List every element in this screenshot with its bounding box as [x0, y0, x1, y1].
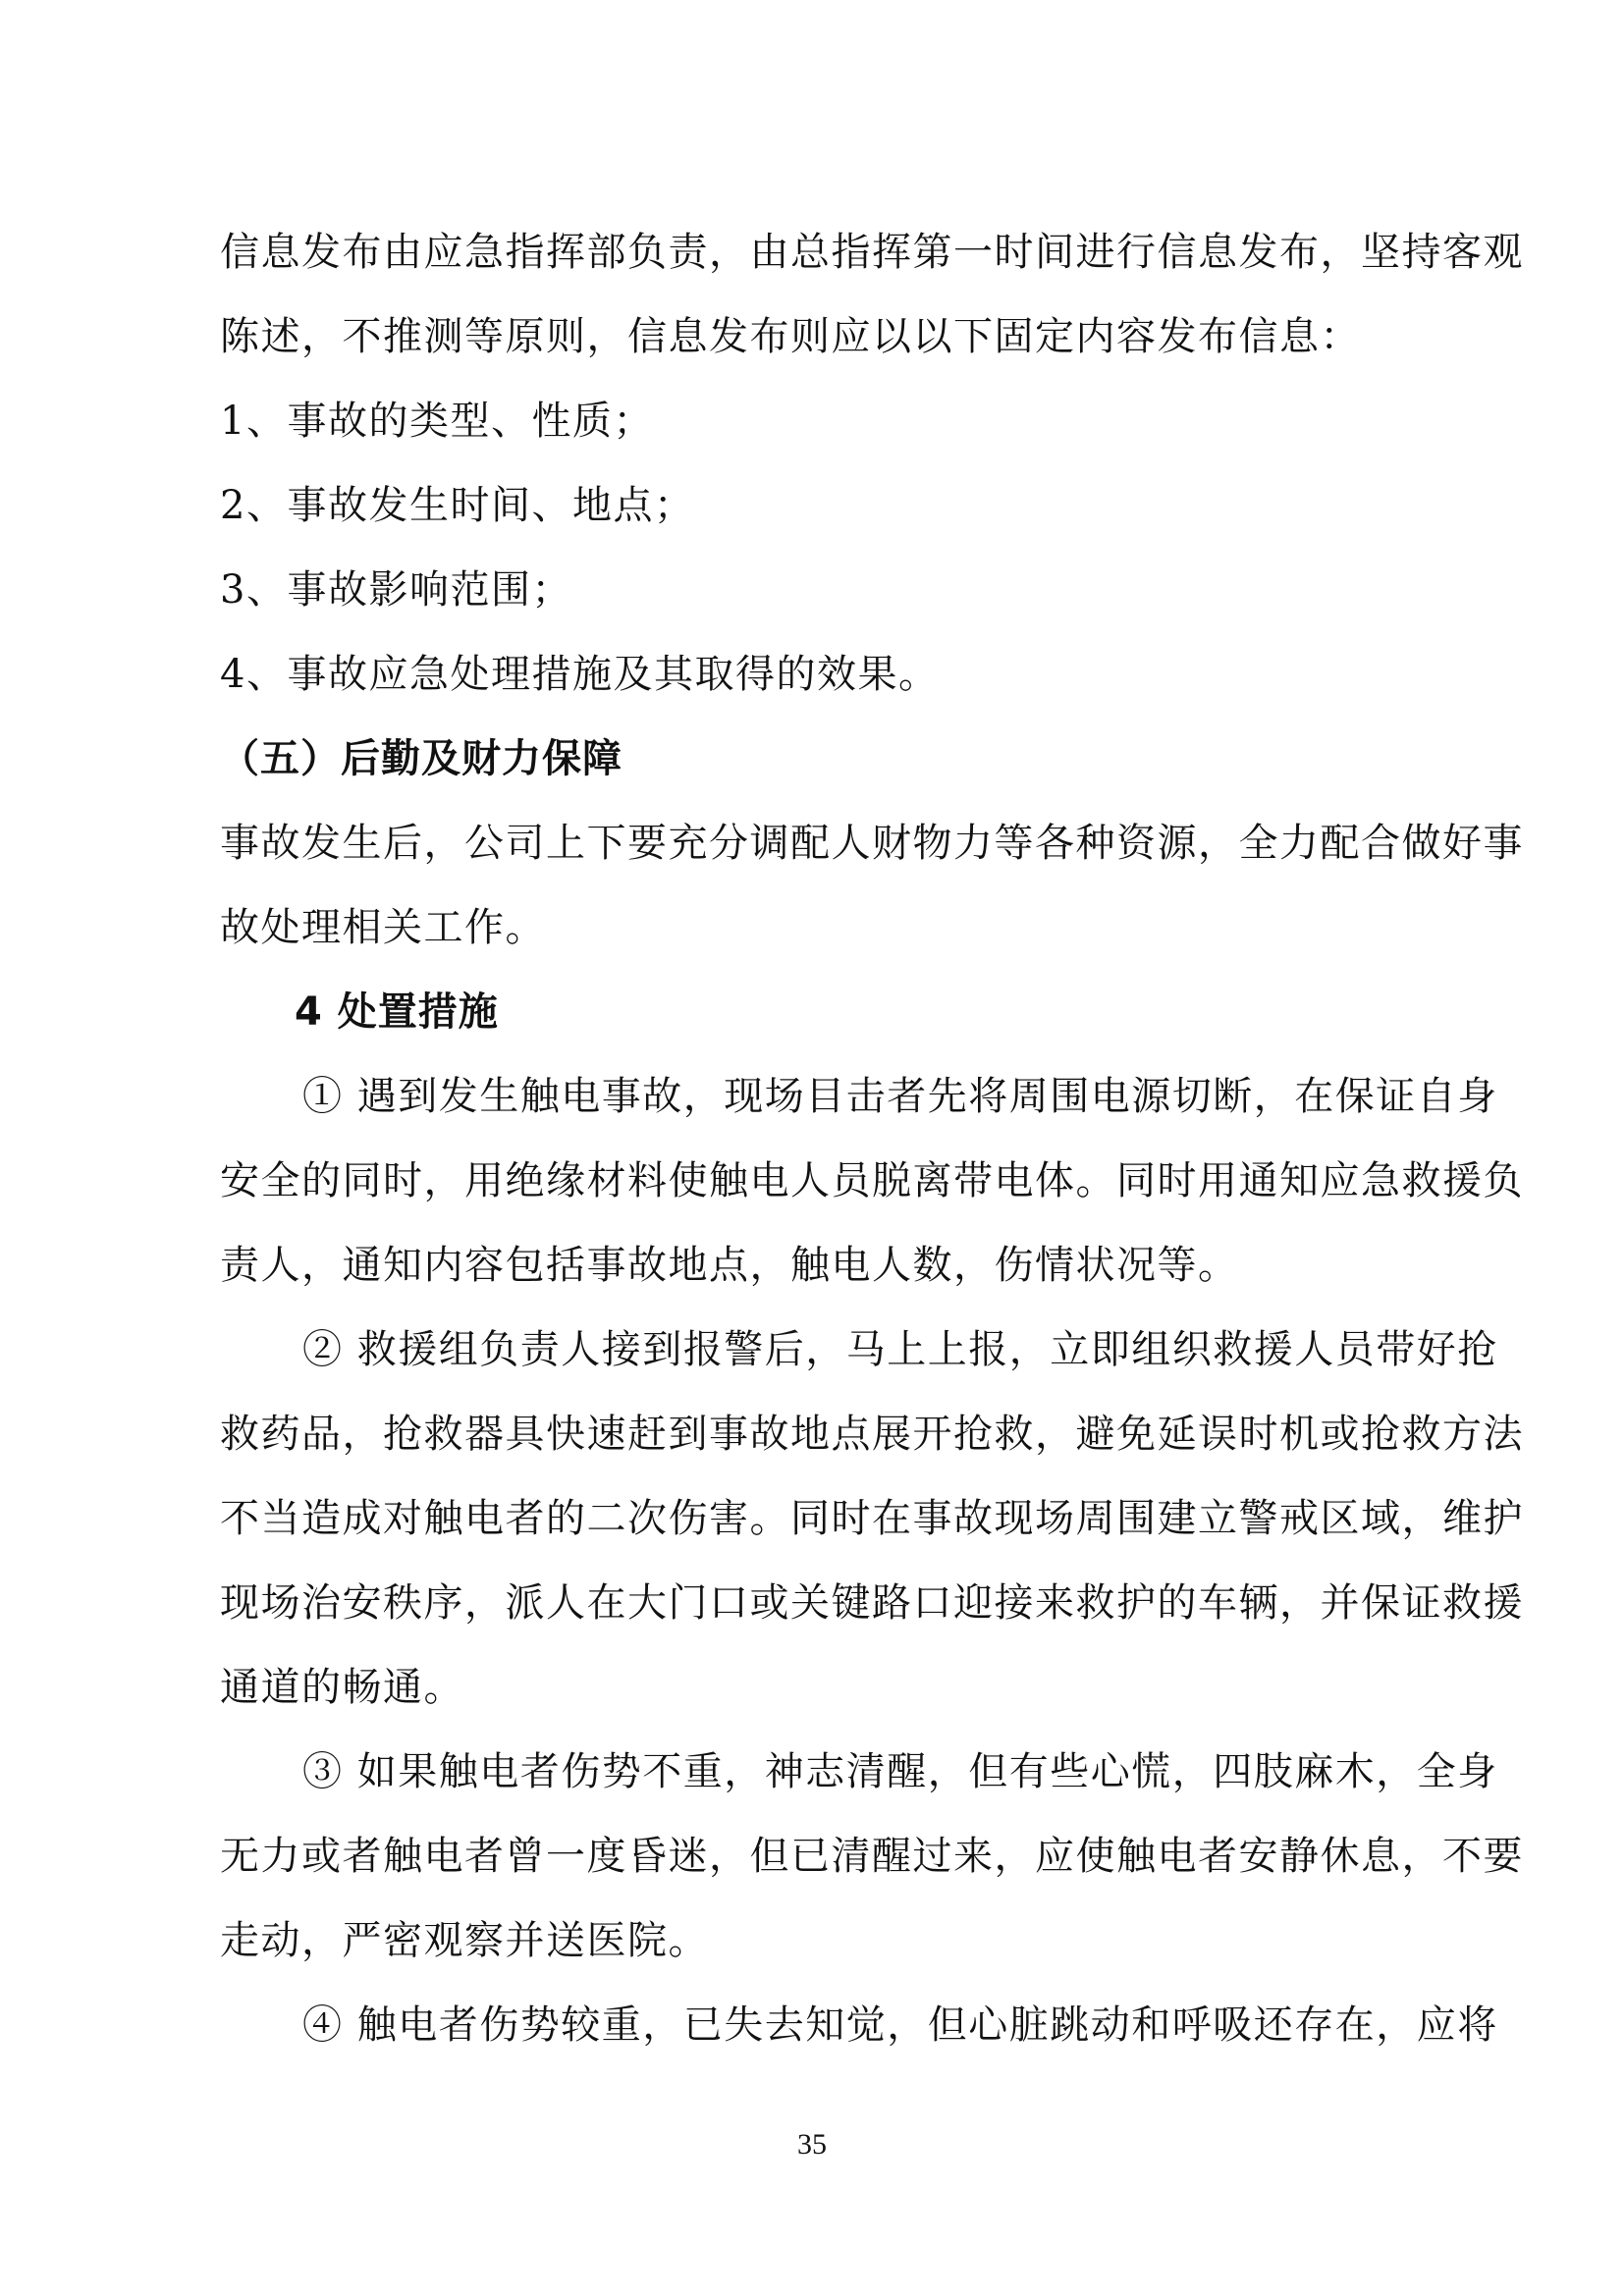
text-line: ④ 触电者伤势较重，已失去知觉，但心脏跳动和呼吸还存在，应将: [220, 1983, 1422, 2067]
text-line: ① 遇到发生触电事故，现场目击者先将周围电源切断，在保证自身: [220, 1054, 1422, 1139]
text-line: ② 救援组负责人接到报警后，马上上报，立即组织救援人员带好抢: [220, 1308, 1422, 1392]
paragraph-measure-4: ④ 触电者伤势较重，已失去知觉，但心脏跳动和呼吸还存在，应将: [220, 1983, 1422, 2067]
text-line: 事故发生后，公司上下要充分调配人财物力等各种资源，全力配合做好事: [220, 801, 1422, 885]
text-line: 安全的同时，用绝缘材料使触电人员脱离带电体。同时用通知应急救援负: [220, 1139, 1422, 1223]
list-item: 4、事故应急处理措施及其取得的效果。: [220, 632, 1422, 717]
info-list: 1、事故的类型、性质； 2、事故发生时间、地点； 3、事故影响范围； 4、事故应…: [220, 379, 1422, 717]
list-item: 1、事故的类型、性质；: [220, 379, 1422, 463]
text-line: 故处理相关工作。: [220, 885, 1422, 970]
text-line: 走动，严密观察并送医院。: [220, 1898, 1422, 1983]
paragraph-measure-3: ③ 如果触电者伤势不重，神志清醒，但有些心慌，四肢麻木，全身 无力或者触电者曾一…: [220, 1730, 1422, 1983]
list-item: 3、事故影响范围；: [220, 548, 1422, 632]
text-line: 陈述，不推测等原则，信息发布则应以以下固定内容发布信息：: [220, 294, 1422, 379]
text-line: 无力或者触电者曾一度昏迷，但已清醒过来，应使触电者安静休息，不要: [220, 1814, 1422, 1898]
paragraph-logistics: 事故发生后，公司上下要充分调配人财物力等各种资源，全力配合做好事 故处理相关工作…: [220, 801, 1422, 970]
text-line: 通道的畅通。: [220, 1645, 1422, 1730]
paragraph-info-release: 信息发布由应急指挥部负责，由总指挥第一时间进行信息发布，坚持客观 陈述，不推测等…: [220, 210, 1422, 379]
paragraph-measure-2: ② 救援组负责人接到报警后，马上上报，立即组织救援人员带好抢 救药品，抢救器具快…: [220, 1308, 1422, 1730]
paragraph-measure-1: ① 遇到发生触电事故，现场目击者先将周围电源切断，在保证自身 安全的同时，用绝缘…: [220, 1054, 1422, 1308]
text-line: 不当造成对触电者的二次伤害。同时在事故现场周围建立警戒区域，维护: [220, 1476, 1422, 1561]
section-heading-logistics: （五）后勤及财力保障: [220, 717, 1422, 801]
text-line: 现场治安秩序，派人在大门口或关键路口迎接来救护的车辆，并保证救援: [220, 1561, 1422, 1645]
text-line: 责人，通知内容包括事故地点，触电人数，伤情状况等。: [220, 1223, 1422, 1308]
text-line: ③ 如果触电者伤势不重，神志清醒，但有些心慌，四肢麻木，全身: [220, 1730, 1422, 1814]
list-item: 2、事故发生时间、地点；: [220, 463, 1422, 548]
document-page: 信息发布由应急指挥部负责，由总指挥第一时间进行信息发布，坚持客观 陈述，不推测等…: [220, 210, 1422, 2067]
text-line: 信息发布由应急指挥部负责，由总指挥第一时间进行信息发布，坚持客观: [220, 210, 1422, 294]
section-heading-measures: 4 处置措施: [220, 970, 1422, 1054]
text-line: 救药品，抢救器具快速赶到事故地点展开抢救，避免延误时机或抢救方法: [220, 1392, 1422, 1476]
page-number: 35: [0, 2128, 1624, 2162]
